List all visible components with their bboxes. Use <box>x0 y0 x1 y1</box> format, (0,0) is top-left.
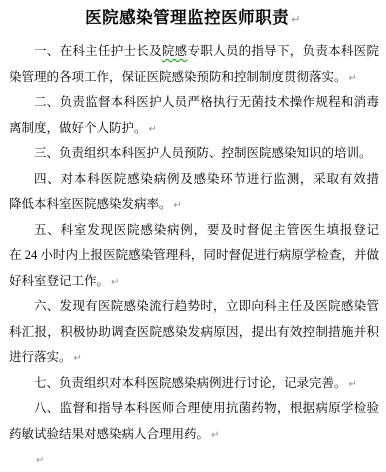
line-text: 一、在科主任护士长及 <box>34 44 162 58</box>
doc-line-15: 八、监督和指导本科医师合理使用抗菌药物，根据病原学检验及 <box>9 396 379 422</box>
doc-line-6: 四、对本科医院感染病例及感染环节进行监测，采取有效措施， <box>9 167 379 193</box>
line-text: 七、负责组织对本科医院感染病例进行讨论，记录完善。 <box>34 376 347 390</box>
paragraph-mark: ↵ <box>74 353 82 364</box>
doc-line-8: 五、科室发现医院感染病例，要及时督促主管医生填报登记卡， <box>9 218 379 244</box>
paragraph-mark: ↵ <box>349 379 357 390</box>
line-text: 四、对本科医院感染病例及感染环节进行监测，采取有效措施， <box>34 172 379 193</box>
paragraph-mark: ↵ <box>36 455 44 466</box>
line-text: 二、负责监督本科医护人员严格执行无菌技术操作规程和消毒隔 <box>34 95 379 116</box>
line-text: 药敏试验结果对感染病人合理用药。 <box>9 427 209 441</box>
doc-line-16: 药敏试验结果对感染病人合理用药。↵ <box>9 422 379 448</box>
paragraph-mark: ↵ <box>174 200 182 211</box>
paragraph-mark: ↵ <box>111 277 119 288</box>
line-text: 科汇报，积极协助调查医院感染发病原因，提出有效控制措施并积极 <box>9 325 379 346</box>
doc-line-9: 在 24 小时内上报医院感染管理科，同时督促进行病原学检查，并做 <box>9 243 379 269</box>
paragraph-mark: ↵ <box>149 124 157 135</box>
doc-line-17-empty: ↵ <box>9 447 379 472</box>
line-text: 八、监督和指导本科医师合理使用抗菌药物，根据病原学检验及 <box>34 401 379 422</box>
line-text: 好科室登记工作。 <box>9 274 109 288</box>
doc-line-1: 一、在科主任护士长及院感专职人员的指导下，负责本科医院感 <box>9 39 379 65</box>
doc-line-12: 科汇报，积极协助调查医院感染发病原因，提出有效控制措施并积极 <box>9 320 379 346</box>
line-text: 五、科室发现医院感染病例，要及时督促主管医生填报登记卡， <box>34 223 379 244</box>
document-body: 一、在科主任护士长及院感专职人员的指导下，负责本科医院感 染管理的各项工作，保证… <box>9 39 379 472</box>
document-title-text: 医院感染管理监控医师职责 <box>85 9 289 27</box>
line-text: 六、发现有医院感染流行趋势时，立即向科主任及医院感染管理 <box>34 299 379 320</box>
doc-line-11: 六、发现有医院感染流行趋势时，立即向科主任及医院感染管理 <box>9 294 379 320</box>
paragraph-mark: ↵ <box>349 73 357 84</box>
line-text: 在 24 小时内上报医院感染管理科，同时督促进行病原学检查，并做 <box>9 248 379 262</box>
doc-line-5: 三、负责组织本科医护人员预防、控制医院感染知识的培训。↵ <box>9 141 379 167</box>
paragraph-mark: ↵ <box>291 13 301 26</box>
line-text: 降低本科室医院感染发病率。 <box>9 197 172 211</box>
line-text: 离制度，做好个人防护。 <box>9 121 147 135</box>
spellcheck-flagged-term: 院感 <box>162 44 188 58</box>
doc-line-14: 七、负责组织对本科医院感染病例进行讨论，记录完善。↵ <box>9 371 379 397</box>
doc-line-4: 离制度，做好个人防护。↵ <box>9 116 379 142</box>
doc-line-10: 好科室登记工作。↵ <box>9 269 379 295</box>
line-text: 进行落实。 <box>9 350 72 364</box>
doc-line-2: 染管理的各项工作，保证医院感染预防和控制制度贯彻落实。↵ <box>9 65 379 91</box>
line-text: 三、负责组织本科医护人员预防、控制医院感染知识的培训。 <box>34 146 372 160</box>
doc-line-7: 降低本科室医院感染发病率。↵ <box>9 192 379 218</box>
line-text: 染管理的各项工作，保证医院感染预防和控制制度贯彻落实。 <box>9 70 347 84</box>
doc-line-13: 进行落实。↵ <box>9 345 379 371</box>
paragraph-mark: ↵ <box>211 430 219 441</box>
doc-line-3: 二、负责监督本科医护人员严格执行无菌技术操作规程和消毒隔 <box>9 90 379 116</box>
document-title: 医院感染管理监控医师职责↵ <box>0 7 386 31</box>
document-page: 医院感染管理监控医师职责↵ 一、在科主任护士长及院感专职人员的指导下，负责本科医… <box>0 0 386 472</box>
